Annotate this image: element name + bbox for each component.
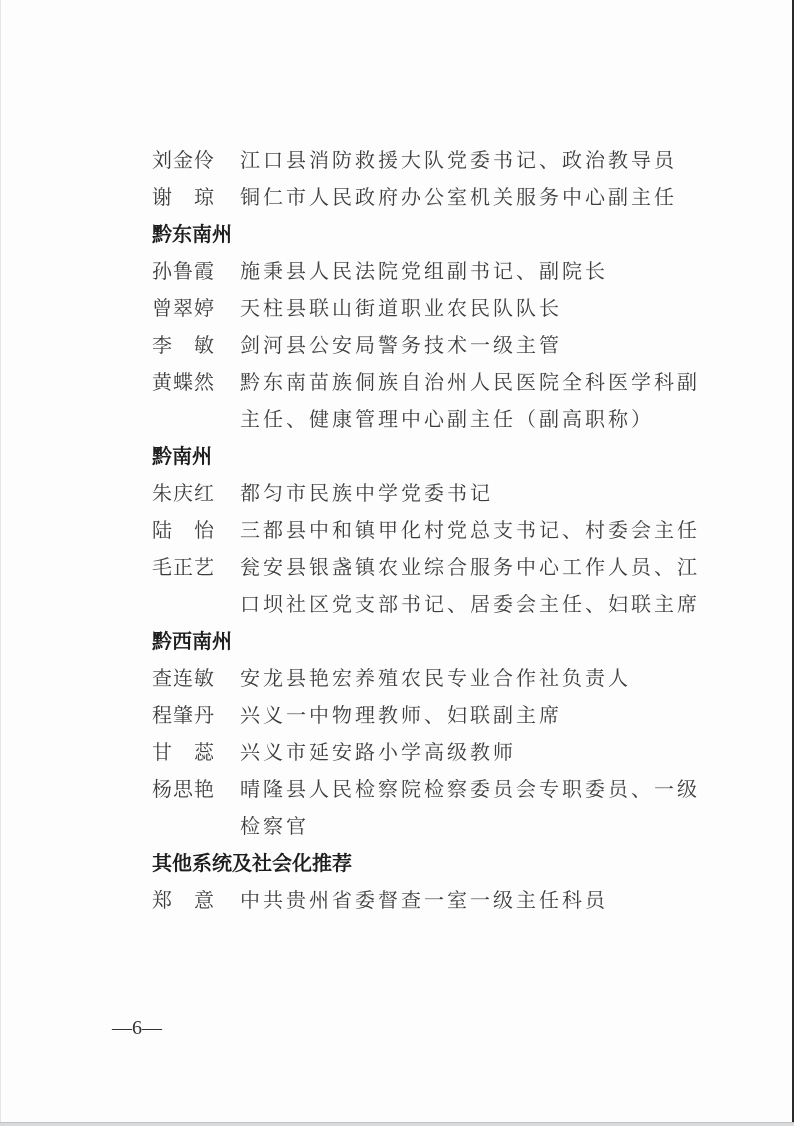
person-name: 朱庆红	[152, 475, 240, 512]
person-role: 中共贵州省委督查一室一级主任科员	[240, 882, 712, 919]
person-name-char: 怡	[194, 512, 214, 549]
person-name: 李 敏	[152, 327, 214, 364]
page-left-edge	[0, 0, 1, 1122]
document-page: 刘金伶 江口县消防救援大队党委书记、政治教导员 谢 琼 铜仁市人民政府办公室机关…	[0, 0, 794, 1122]
person-role: 瓮安县银盏镇农业综合服务中心工作人员、江口坝社区党支部书记、居委会主任、妇联主席	[240, 549, 712, 623]
person-role: 都匀市民族中学党委书记	[240, 475, 712, 512]
region-heading: 黔西南州	[152, 623, 712, 660]
page-number: —6—	[112, 1017, 162, 1040]
person-role: 施秉县人民法院党组副书记、副院长	[240, 253, 712, 290]
person-role: 安龙县艳宏养殖农民专业合作社负责人	[240, 660, 712, 697]
list-entry: 甘 蕊 兴义市延安路小学高级教师	[152, 734, 712, 771]
person-name-char: 郑	[152, 882, 172, 919]
region-heading: 黔东南州	[152, 216, 712, 253]
person-role: 晴隆县人民检察院检察委员会专职委员、一级检察官	[240, 771, 712, 845]
person-name-char: 甘	[152, 734, 172, 771]
person-name: 刘金伶	[152, 142, 240, 179]
person-role: 黔东南苗族侗族自治州人民医院全科医学科副主任、健康管理中心副主任（副高职称）	[240, 364, 712, 438]
person-role: 剑河县公安局警务技术一级主管	[240, 327, 712, 364]
list-entry: 朱庆红 都匀市民族中学党委书记	[152, 475, 712, 512]
list-entry: 查连敏 安龙县艳宏养殖农民专业合作社负责人	[152, 660, 712, 697]
name-list: 刘金伶 江口县消防救援大队党委书记、政治教导员 谢 琼 铜仁市人民政府办公室机关…	[152, 142, 712, 919]
list-entry: 陆 怡 三都县中和镇甲化村党总支书记、村委会主任	[152, 512, 712, 549]
person-name: 孙鲁霞	[152, 253, 240, 290]
person-name-char: 意	[194, 882, 214, 919]
person-name-char: 敏	[194, 327, 214, 364]
person-role: 兴义一中物理教师、妇联副主席	[240, 697, 712, 734]
person-name: 曾翠婷	[152, 290, 240, 327]
list-entry: 谢 琼 铜仁市人民政府办公室机关服务中心副主任	[152, 179, 712, 216]
person-name: 郑 意	[152, 882, 214, 919]
person-name-char: 蕊	[194, 734, 214, 771]
person-name-char: 谢	[152, 179, 172, 216]
region-heading: 其他系统及社会化推荐	[152, 845, 712, 882]
person-role: 三都县中和镇甲化村党总支书记、村委会主任	[240, 512, 712, 549]
person-name: 谢 琼	[152, 179, 214, 216]
list-entry: 毛正艺 瓮安县银盏镇农业综合服务中心工作人员、江口坝社区党支部书记、居委会主任、…	[152, 549, 712, 623]
person-name-char: 琼	[194, 179, 214, 216]
person-role: 铜仁市人民政府办公室机关服务中心副主任	[240, 179, 712, 216]
list-entry: 刘金伶 江口县消防救援大队党委书记、政治教导员	[152, 142, 712, 179]
region-heading: 黔南州	[152, 438, 712, 475]
person-name: 查连敏	[152, 660, 240, 697]
person-name: 黄蝶然	[152, 364, 240, 401]
person-role: 天柱县联山街道职业农民队队长	[240, 290, 712, 327]
list-entry: 孙鲁霞 施秉县人民法院党组副书记、副院长	[152, 253, 712, 290]
list-entry: 李 敏 剑河县公安局警务技术一级主管	[152, 327, 712, 364]
person-role: 江口县消防救援大队党委书记、政治教导员	[240, 142, 712, 179]
person-name: 甘 蕊	[152, 734, 214, 771]
person-name: 杨思艳	[152, 771, 240, 808]
list-entry: 黄蝶然 黔东南苗族侗族自治州人民医院全科医学科副主任、健康管理中心副主任（副高职…	[152, 364, 712, 438]
person-name: 陆 怡	[152, 512, 214, 549]
list-entry: 郑 意 中共贵州省委督查一室一级主任科员	[152, 882, 712, 919]
person-role: 兴义市延安路小学高级教师	[240, 734, 712, 771]
page-bottom-edge	[0, 1122, 794, 1126]
list-entry: 曾翠婷 天柱县联山街道职业农民队队长	[152, 290, 712, 327]
person-name: 毛正艺	[152, 549, 240, 586]
person-name: 程肇丹	[152, 697, 240, 734]
person-name-char: 李	[152, 327, 172, 364]
list-entry: 程肇丹 兴义一中物理教师、妇联副主席	[152, 697, 712, 734]
person-name-char: 陆	[152, 512, 172, 549]
list-entry: 杨思艳 晴隆县人民检察院检察委员会专职委员、一级检察官	[152, 771, 712, 845]
